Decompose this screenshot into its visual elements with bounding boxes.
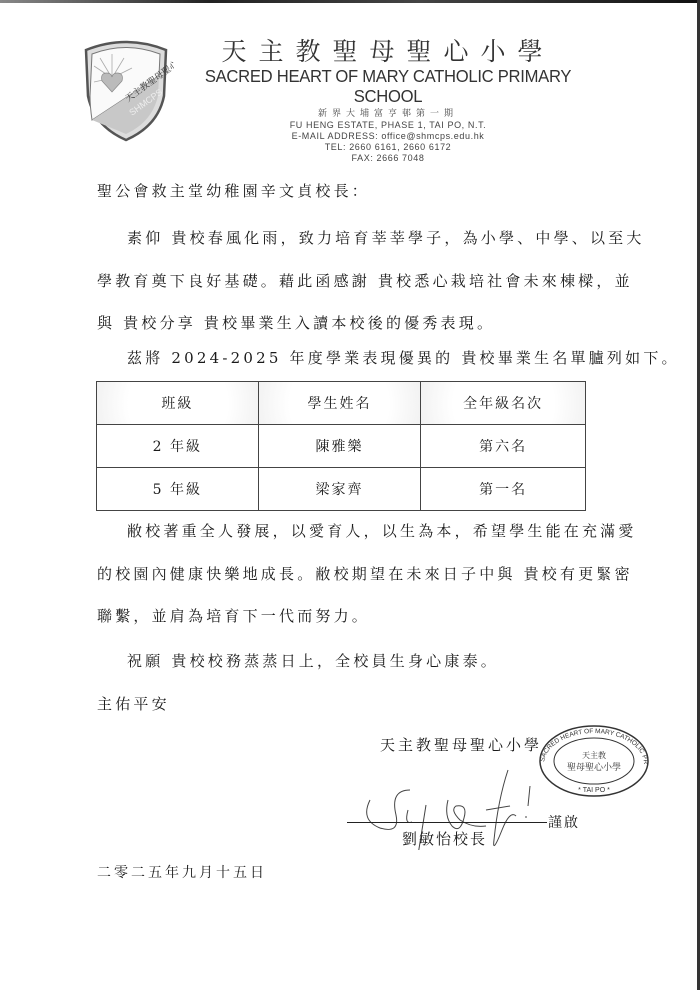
table-row: 2 年級 陳雅樂 第六名	[97, 425, 586, 468]
tel-line: TEL: 2660 6161, 2660 6172	[178, 142, 598, 153]
header-rank: 全年級名次	[421, 382, 586, 425]
paragraph-1-line-3: 與 貴校分享 貴校畢業生入讀本校後的優秀表現。	[97, 312, 602, 333]
cell-rank: 第一名	[421, 468, 586, 511]
signature-line	[347, 822, 547, 823]
address-zh: 新界大埔富亨邨第一期	[178, 108, 598, 120]
paragraph-4: 祝願 貴校校務蒸蒸日上，全校員生身心康泰。	[97, 650, 632, 671]
school-info: 天主教聖母聖心小學 SACRED HEART OF MARY CATHOLIC …	[178, 38, 598, 164]
paragraph-3-line-3: 聯繫，並肩為培育下一代而努力。	[97, 605, 602, 626]
table-row: 5 年級 梁家齊 第一名	[97, 468, 586, 511]
table-header-row: 班級 學生姓名 全年級名次	[97, 382, 586, 425]
paragraph-3-line-2: 的校園內健康快樂地成長。敝校期望在未來日子中與 貴校有更緊密	[97, 563, 602, 584]
paragraph-3-line-1: 敝校著重全人發展，以愛育人，以生為本，希望學生能在充滿愛	[97, 520, 632, 541]
awards-table: 班級 學生姓名 全年級名次 2 年級 陳雅樂 第六名 5 年級 梁家齊 第一名	[96, 381, 586, 511]
paragraph-1-line-2: 學教育奠下良好基礎。藉此函感謝 貴校悉心栽培社會未來棟樑，並	[97, 270, 602, 291]
cell-class: 2 年級	[97, 425, 259, 468]
signature-school-name: 天主教聖母聖心小學	[380, 734, 542, 755]
fax-line: FAX: 2666 7048	[178, 153, 598, 164]
cell-student-name: 陳雅樂	[258, 425, 421, 468]
svg-text:聖母聖心小學: 聖母聖心小學	[567, 761, 621, 773]
cell-student-name: 梁家齊	[258, 468, 421, 511]
svg-text:* TAI PO *: * TAI PO *	[578, 787, 610, 794]
letterhead: 天主教聖母聖心小學 SHMCPS 天主教聖母聖心小學 SACRED HEART …	[78, 36, 598, 148]
cell-class: 5 年級	[97, 468, 259, 511]
paragraph-1-line-1: 素仰 貴校春風化雨，致力培育莘莘學子，為小學、中學、以至大	[97, 227, 632, 248]
salutation: 聖公會救主堂幼稚園辛文貞校長：	[97, 180, 602, 201]
svg-text:天主教: 天主教	[582, 750, 606, 760]
header-student-name: 學生姓名	[258, 382, 421, 425]
blessing: 主佑平安	[97, 693, 602, 714]
signature-block: 天主教聖母聖心小學 SACRED HEART OF MARY CATHOLIC …	[340, 720, 660, 860]
address-en: FU HENG ESTATE, PHASE 1, TAI PO, N.T.	[178, 120, 598, 131]
cell-rank: 第六名	[421, 425, 586, 468]
school-stamp-icon: SACRED HEART OF MARY CATHOLIC PRIMARY 天主…	[538, 724, 650, 798]
closing-phrase: 謹啟	[548, 812, 580, 832]
signer-name: 劉敏怡校長	[402, 828, 487, 849]
letter-date: 二零二五年九月十五日	[97, 862, 267, 882]
header-class: 班級	[97, 382, 259, 425]
paragraph-2: 茲將 2024-2025 年度學業表現優異的 貴校畢業生名單臚列如下。	[97, 347, 632, 368]
school-name-zh: 天主教聖母聖心小學	[178, 38, 598, 66]
email-line: E-MAIL ADDRESS: office@shmcps.edu.hk	[178, 131, 598, 142]
school-name-en: SACRED HEART OF MARY CATHOLIC PRIMARY SC…	[189, 66, 588, 106]
scan-edge-top	[0, 0, 700, 3]
school-crest-icon: 天主教聖母聖心小學 SHMCPS	[78, 36, 174, 142]
